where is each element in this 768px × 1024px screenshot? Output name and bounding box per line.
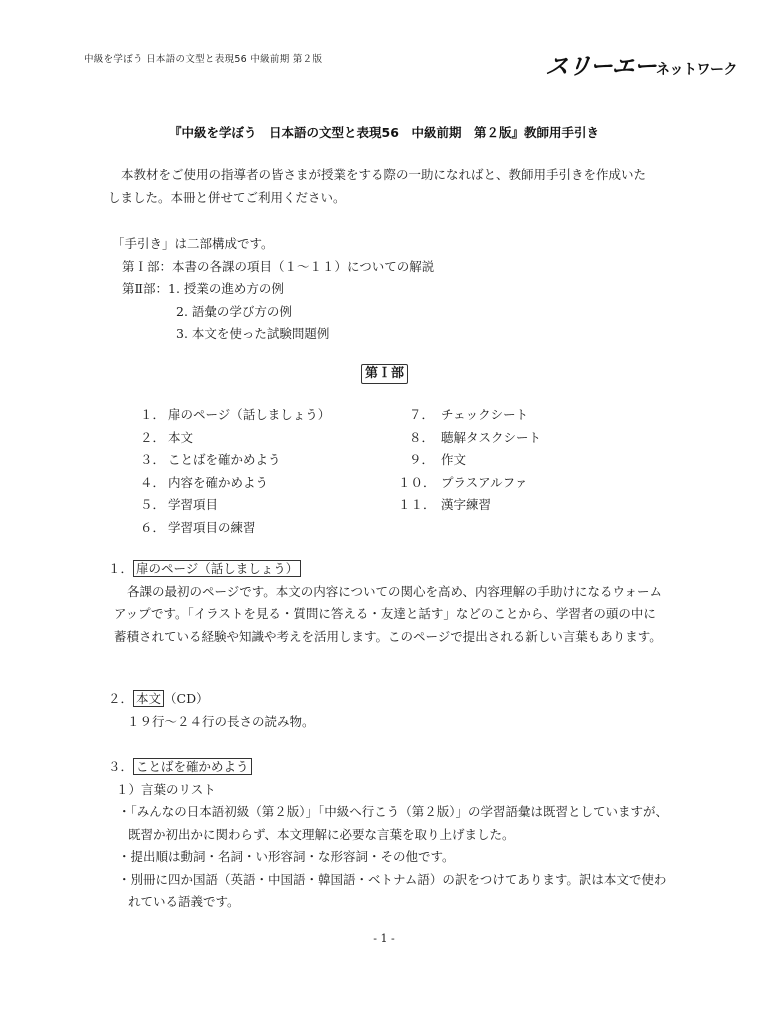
bullet-item: ・「みんなの日本語初級（第２版）」「中級へ行こう（第２版）」の学習語彙は既習とし…	[108, 801, 668, 846]
logo-main: スリーエー	[544, 48, 657, 81]
section-title-box: 本文	[133, 690, 164, 707]
structure-lead: 「手引き」は二部構成です。	[112, 233, 434, 256]
toc-item: ４．内容を確かめよう	[140, 472, 330, 495]
toc-item: ７．チェックシート	[398, 404, 541, 427]
section-3: ３．ことばを確かめよう １）言葉のリスト ・「みんなの日本語初級（第２版）」「中…	[108, 756, 668, 914]
structure-overview: 「手引き」は二部構成です。 第Ｉ部：本書の各課の項目（１～１１）についての解説 …	[112, 233, 434, 346]
toc-item: ５．学習項目	[140, 494, 330, 517]
part-heading: 第Ｉ部	[361, 364, 408, 384]
toc-item: １０．プラスアルファ	[398, 472, 541, 495]
subsection-heading: １）言葉のリスト	[108, 779, 668, 802]
structure-part1: 第Ｉ部：本書の各課の項目（１～１１）についての解説	[112, 256, 434, 279]
structure-part2: 第Ⅱ部：1. 授業の進め方の例	[112, 278, 434, 301]
section-heading: ２．本文（CD）	[108, 688, 668, 711]
running-header: 中級を学ぼう 日本語の文型と表現56 中級前期 第２版	[84, 51, 322, 65]
toc-left-column: １．扉のページ（話しましょう） ２．本文 ３．ことばを確かめよう ４．内容を確か…	[140, 404, 330, 539]
toc-item: ６．学習項目の練習	[140, 517, 330, 540]
section-body: 各課の最初のページです。本文の内容についての関心を高め、内容理解の手助けになるウ…	[108, 581, 668, 649]
section-title-box: ことばを確かめよう	[133, 758, 252, 775]
publisher-logo: スリーエーネットワーク	[546, 48, 737, 81]
section-heading: １．扉のページ（話しましょう）	[108, 558, 668, 581]
document-title: 『中級を学ぼう 日本語の文型と表現56 中級前期 第２版』教師用手引き	[0, 123, 768, 141]
section-title-box: 扉のページ（話しましょう）	[133, 560, 301, 577]
logo-sub: ネットワーク	[656, 62, 737, 78]
bullet-list: ・「みんなの日本語初級（第２版）」「中級へ行こう（第２版）」の学習語彙は既習とし…	[108, 801, 668, 914]
intro-paragraph: 本教材をご使用の指導者の皆さまが授業をする際の一助になればと、教師用手引きを作成…	[108, 164, 648, 209]
section-heading: ３．ことばを確かめよう	[108, 756, 668, 779]
toc-item: ８．聴解タスクシート	[398, 427, 541, 450]
structure-part2-item: 2. 語彙の学び方の例	[112, 301, 434, 324]
toc-item: ３．ことばを確かめよう	[140, 449, 330, 472]
bullet-item: ・別冊に四か国語（英語・中国語・韓国語・ベトナム語）の訳をつけてあります。訳は本…	[108, 869, 668, 914]
toc-item: １１．漢字練習	[398, 494, 541, 517]
bullet-item: ・提出順は動詞・名詞・い形容詞・な形容詞・その他です。	[108, 846, 668, 869]
section-body: １９行～２４行の長さの読み物。	[108, 711, 668, 734]
page-number: - 1 -	[0, 932, 768, 945]
structure-part2-item: 3. 本文を使った試験問題例	[112, 323, 434, 346]
section-1: １．扉のページ（話しましょう） 各課の最初のページです。本文の内容についての関心…	[108, 558, 668, 648]
section-2: ２．本文（CD） １９行～２４行の長さの読み物。	[108, 688, 668, 733]
toc-item: ９．作文	[398, 449, 541, 472]
toc-item: ２．本文	[140, 427, 330, 450]
toc-item: １．扉のページ（話しましょう）	[140, 404, 330, 427]
toc-right-column: ７．チェックシート ８．聴解タスクシート ９．作文 １０．プラスアルファ １１．…	[398, 404, 541, 517]
